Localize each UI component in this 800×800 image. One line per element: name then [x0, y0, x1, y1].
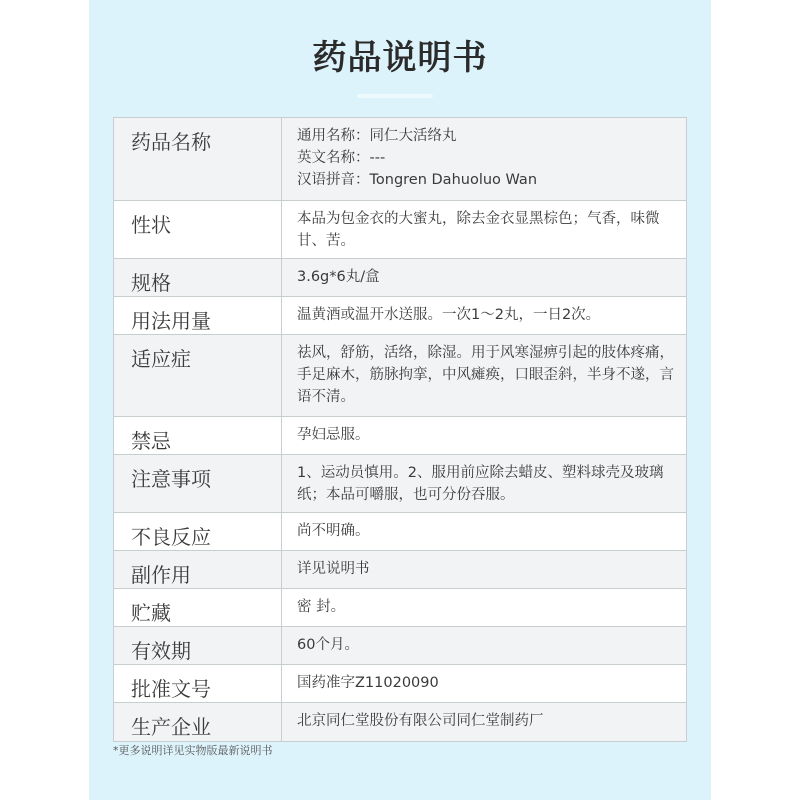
table-row: 贮藏密 封。 — [114, 589, 687, 627]
table-row: 规格3.6g*6丸/盒 — [114, 259, 687, 297]
row-label: 药品名称 — [114, 118, 282, 201]
table-row: 副作用详见说明书 — [114, 551, 687, 589]
row-label: 适应症 — [114, 335, 282, 417]
row-value: 尚不明确。 — [282, 513, 687, 551]
value-line: 1、运动员慎用。2、服用前应除去蜡皮、塑料球壳及玻璃纸；本品可嚼服，也可分份吞服… — [297, 462, 676, 506]
row-label: 副作用 — [114, 551, 282, 589]
value-line: 孕妇忌服。 — [297, 424, 676, 446]
row-label: 禁忌 — [114, 417, 282, 455]
row-label: 批准文号 — [114, 665, 282, 703]
value-line: 60个月。 — [297, 634, 676, 656]
value-line: 通用名称：同仁大活络丸 — [297, 125, 676, 147]
table-row: 有效期60个月。 — [114, 627, 687, 665]
row-value: 通用名称：同仁大活络丸英文名称：---汉语拼音：Tongren Dahuoluo… — [282, 118, 687, 201]
title-underline-decoration — [357, 94, 433, 98]
row-value: 孕妇忌服。 — [282, 417, 687, 455]
row-label: 有效期 — [114, 627, 282, 665]
row-label: 注意事项 — [114, 455, 282, 513]
value-line: 尚不明确。 — [297, 520, 676, 542]
value-line: 北京同仁堂股份有限公司同仁堂制药厂 — [297, 710, 676, 732]
row-value: 详见说明书 — [282, 551, 687, 589]
row-value: 温黄酒或温开水送服。一次1～2丸，一日2次。 — [282, 297, 687, 335]
table-row: 禁忌孕妇忌服。 — [114, 417, 687, 455]
row-label: 贮藏 — [114, 589, 282, 627]
value-line: 国药准字Z11020090 — [297, 672, 676, 694]
row-label: 生产企业 — [114, 703, 282, 742]
value-line: 温黄酒或温开水送服。一次1～2丸，一日2次。 — [297, 304, 676, 326]
row-value: 本品为包金衣的大蜜丸，除去金衣显黑棕色；气香，味微甘、苦。 — [282, 201, 687, 259]
value-line: 本品为包金衣的大蜜丸，除去金衣显黑棕色；气香，味微甘、苦。 — [297, 208, 676, 252]
row-label: 不良反应 — [114, 513, 282, 551]
table-row: 注意事项1、运动员慎用。2、服用前应除去蜡皮、塑料球壳及玻璃纸；本品可嚼服，也可… — [114, 455, 687, 513]
row-label: 用法用量 — [114, 297, 282, 335]
row-value: 1、运动员慎用。2、服用前应除去蜡皮、塑料球壳及玻璃纸；本品可嚼服，也可分份吞服… — [282, 455, 687, 513]
row-value: 密 封。 — [282, 589, 687, 627]
table-row: 药品名称通用名称：同仁大活络丸英文名称：---汉语拼音：Tongren Dahu… — [114, 118, 687, 201]
value-line: 详见说明书 — [297, 558, 676, 580]
row-value: 3.6g*6丸/盒 — [282, 259, 687, 297]
instruction-panel: 药品说明书 药品名称通用名称：同仁大活络丸英文名称：---汉语拼音：Tongre… — [89, 0, 711, 800]
table-row: 生产企业北京同仁堂股份有限公司同仁堂制药厂 — [114, 703, 687, 742]
row-value: 60个月。 — [282, 627, 687, 665]
value-line: 汉语拼音：Tongren Dahuoluo Wan — [297, 169, 676, 191]
value-line: 3.6g*6丸/盒 — [297, 266, 676, 288]
value-line: 祛风，舒筋，活络，除湿。用于风寒湿痹引起的肢体疼痛，手足麻木，筋脉拘挛，中风瘫痪… — [297, 342, 676, 408]
table-row: 性状本品为包金衣的大蜜丸，除去金衣显黑棕色；气香，味微甘、苦。 — [114, 201, 687, 259]
drug-spec-table: 药品名称通用名称：同仁大活络丸英文名称：---汉语拼音：Tongren Dahu… — [113, 117, 687, 742]
footnote: *更多说明详见实物版最新说明书 — [113, 742, 273, 758]
table-row: 批准文号国药准字Z11020090 — [114, 665, 687, 703]
row-value: 北京同仁堂股份有限公司同仁堂制药厂 — [282, 703, 687, 742]
table-row: 用法用量温黄酒或温开水送服。一次1～2丸，一日2次。 — [114, 297, 687, 335]
row-label: 性状 — [114, 201, 282, 259]
value-line: 英文名称：--- — [297, 147, 676, 169]
value-line: 密 封。 — [297, 596, 676, 618]
row-value: 祛风，舒筋，活络，除湿。用于风寒湿痹引起的肢体疼痛，手足麻木，筋脉拘挛，中风瘫痪… — [282, 335, 687, 417]
row-value: 国药准字Z11020090 — [282, 665, 687, 703]
table-row: 不良反应尚不明确。 — [114, 513, 687, 551]
table-row: 适应症祛风，舒筋，活络，除湿。用于风寒湿痹引起的肢体疼痛，手足麻木，筋脉拘挛，中… — [114, 335, 687, 417]
row-label: 规格 — [114, 259, 282, 297]
page-title: 药品说明书 — [89, 30, 711, 79]
